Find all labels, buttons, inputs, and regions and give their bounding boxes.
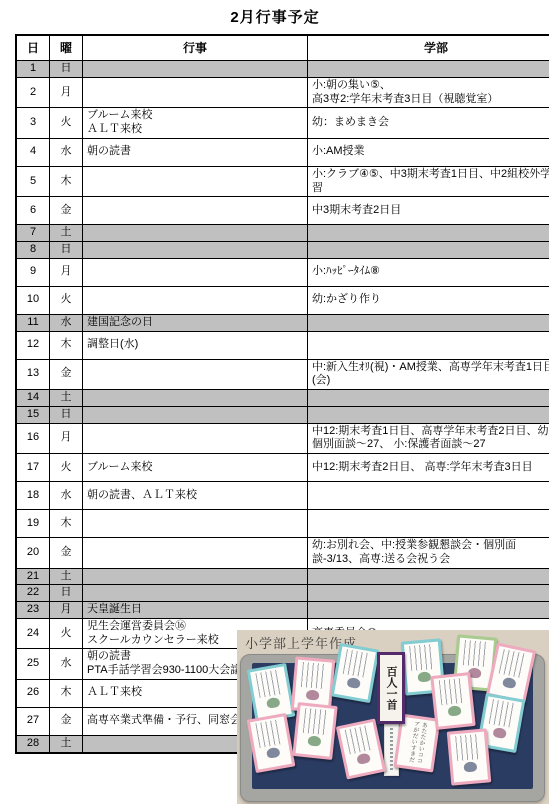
departments-cell [308,585,549,602]
day-number: 20 [16,538,50,569]
karuta-card [292,702,337,760]
events-cell [83,568,308,585]
events-cell: 調整日(水) [83,331,308,359]
table-row: 21 土 [16,568,549,585]
departments-cell [308,406,549,423]
header-weekday: 曜 [50,35,83,61]
weekday-label: 火 [50,618,83,649]
table-row: 17 火 ブルーム来校 中12:期末考査2日目、 高専:学年末考査3日目 [16,454,549,482]
poet-figure [265,697,280,709]
departments-cell [308,390,549,407]
day-number: 1 [16,61,50,78]
weekday-label: 木 [50,679,83,707]
departments-cell [308,510,549,538]
events-cell: 朝の読書 [83,138,308,166]
karuta-card [447,728,492,785]
karuta-card [430,672,475,730]
handwriting-scribble [439,678,466,705]
day-number: 24 [16,618,50,649]
weekday-label: 火 [50,286,83,314]
day-number: 6 [16,197,50,225]
events-cell [83,359,308,390]
events-cell [83,61,308,78]
hyakunin-isshu-label: 百人一首 [377,652,405,724]
departments-cell [308,602,549,619]
day-number: 10 [16,286,50,314]
weekday-label: 土 [50,568,83,585]
events-cell: 建国記念の日 [83,314,308,331]
weekday-label: 火 [50,454,83,482]
departments-cell [308,331,549,359]
weekday-label: 金 [50,538,83,569]
weekday-label: 日 [50,585,83,602]
poet-figure [346,677,361,689]
header-events: 行事 [83,35,308,61]
departments-cell: 幼：まめまき会 [308,108,549,139]
weekday-label: 水 [50,138,83,166]
events-cell [83,258,308,286]
departments-cell [308,242,549,259]
table-row: 8 日 [16,242,549,259]
day-number: 5 [16,166,50,197]
events-cell [83,406,308,423]
poet-figure [356,752,371,764]
weekday-label: 木 [50,331,83,359]
weekday-label: 金 [50,707,83,735]
day-number: 12 [16,331,50,359]
events-cell: ブルーム来校 ＡＬＴ来校 [83,108,308,139]
table-row: 16 月 中12:期末考査1日目、高専学年末考査2日目、幼:個別面談～27、 小… [16,423,549,454]
day-number: 11 [16,314,50,331]
table-row: 5 木 小:クラブ④⑤、中3期末考査1日目、中2組校外学習 [16,166,549,197]
departments-cell [308,314,549,331]
events-cell [83,538,308,569]
table-row: 6 金 中3期末考査2日目 [16,197,549,225]
poet-figure [447,705,461,716]
weekday-label: 月 [50,423,83,454]
day-number: 28 [16,735,50,752]
day-number: 13 [16,359,50,390]
day-number: 3 [16,108,50,139]
table-row: 7 土 [16,225,549,242]
events-cell [83,390,308,407]
handwriting-scribble [455,734,482,761]
departments-cell: 中3期末考査2日目 [308,197,549,225]
table-row: 9 月 小:ﾊｯﾋﾟｰﾀｲﾑ⑧ [16,258,549,286]
table-row: 2 月 小:朝の集い⑤、 高3専2:学年末考査3日目（視聴覚室） [16,77,549,108]
events-cell [83,423,308,454]
header-row: 日 曜 行事 学部 [16,35,549,61]
events-cell [83,242,308,259]
day-number: 14 [16,390,50,407]
handwriting-scribble [488,699,516,728]
table-row: 20 金 幼:お別れ会、中:授業参観懇談会・個別面談-3/13、高専:送る会祝う… [16,538,549,569]
events-cell [83,585,308,602]
weekday-label: 木 [50,510,83,538]
handwriting-scribble [344,725,373,754]
card-text: あたたかいココアがだいすきだ [406,720,428,764]
table-row: 1 日 [16,61,549,78]
departments-cell: 幼:お別れ会、中:授業参観懇談会・個別面談-3/13、高専:送る会祝う会 [308,538,549,569]
day-number: 23 [16,602,50,619]
events-cell: ブルーム来校 [83,454,308,482]
weekday-label: 土 [50,735,83,752]
departments-cell: 小:朝の集い⑤、 高3専2:学年末考査3日目（視聴覚室） [308,77,549,108]
header-day: 日 [16,35,50,61]
handwriting-scribble [255,669,283,698]
day-number: 4 [16,138,50,166]
events-cell [83,77,308,108]
weekday-label: 月 [50,258,83,286]
day-number: 26 [16,679,50,707]
events-cell [83,286,308,314]
day-number: 16 [16,423,50,454]
handwriting-scribble [301,662,328,689]
table-row: 19 木 [16,510,549,538]
weekday-label: 土 [50,225,83,242]
day-number: 19 [16,510,50,538]
day-number: 25 [16,649,50,680]
departments-cell [308,225,549,242]
weekday-label: 水 [50,314,83,331]
table-row: 23 月 天皇誕生日 [16,602,549,619]
departments-cell: 小:クラブ④⑤、中3期末考査1日目、中2組校外学習 [308,166,549,197]
handwriting-scribble [498,649,527,678]
events-cell [83,166,308,197]
table-row: 12 木 調整日(水) [16,331,549,359]
weekday-label: 月 [50,602,83,619]
day-number: 15 [16,406,50,423]
day-number: 27 [16,707,50,735]
weekday-label: 日 [50,61,83,78]
day-number: 22 [16,585,50,602]
poet-figure [305,689,319,700]
weekday-label: 木 [50,166,83,197]
table-row: 10 火 幼:かざり作り [16,286,549,314]
handwriting-scribble [342,649,370,678]
events-cell: 朝の読書、ＡＬＴ来校 [83,482,308,510]
day-number: 9 [16,258,50,286]
day-number: 8 [16,242,50,259]
handwriting-scribble [463,640,490,667]
poet-figure [417,671,431,682]
weekday-label: 金 [50,359,83,390]
table-row: 15 日 [16,406,549,423]
departments-cell: 小:AM授業 [308,138,549,166]
day-number: 7 [16,225,50,242]
page-title: 2月行事予定 [15,6,535,27]
weekday-label: 金 [50,197,83,225]
day-number: 17 [16,454,50,482]
table-row: 11 水 建国記念の日 [16,314,549,331]
poet-figure [265,747,280,759]
departments-cell: 中12:期末考査1日目、高専学年末考査2日目、幼:個別面談～27、 小:保護者面… [308,423,549,454]
departments-cell: 中:新入生ｵﾘ(視)・AM授業、高専学年末考査1日目(会) [308,359,549,390]
table-row: 13 金 中:新入生ｵﾘ(視)・AM授業、高専学年末考査1日目(会) [16,359,549,390]
weekday-label: 月 [50,77,83,108]
poet-figure [492,727,507,739]
table-row: 22 日 [16,585,549,602]
weekday-label: 日 [50,242,83,259]
bulletin-photo: 小学部上学年作成 百人一首 あたたかいココアがだいすきだ [237,630,549,804]
day-number: 21 [16,568,50,585]
departments-cell [308,568,549,585]
weekday-label: 日 [50,406,83,423]
handwriting-scribble [255,719,283,748]
weekday-label: 水 [50,649,83,680]
events-cell [83,197,308,225]
departments-cell: 小:ﾊｯﾋﾟｰﾀｲﾑ⑧ [308,258,549,286]
events-cell [83,225,308,242]
events-cell [83,510,308,538]
day-number: 18 [16,482,50,510]
weekday-label: 土 [50,390,83,407]
weekday-label: 火 [50,108,83,139]
table-row: 18 水 朝の読書、ＡＬＴ来校 [16,482,549,510]
table-row: 3 火 ブルーム来校 ＡＬＴ来校 幼：まめまき会 [16,108,549,139]
departments-cell [308,482,549,510]
poet-figure [502,676,517,688]
events-cell: 天皇誕生日 [83,602,308,619]
poet-figure [463,761,477,772]
table-row: 4 水 朝の読書 小:AM授業 [16,138,549,166]
weekday-label: 水 [50,482,83,510]
handwriting-scribble [303,708,330,735]
day-number: 2 [16,77,50,108]
poet-figure [307,735,321,746]
departments-cell [308,61,549,78]
header-departments: 学部 [308,35,549,61]
table-header: 日 曜 行事 学部 [16,35,549,61]
departments-cell: 中12:期末考査2日目、 高専:学年末考査3日目 [308,454,549,482]
departments-cell: 幼:かざり作り [308,286,549,314]
handwriting-scribble [409,644,436,671]
table-row: 14 土 [16,390,549,407]
